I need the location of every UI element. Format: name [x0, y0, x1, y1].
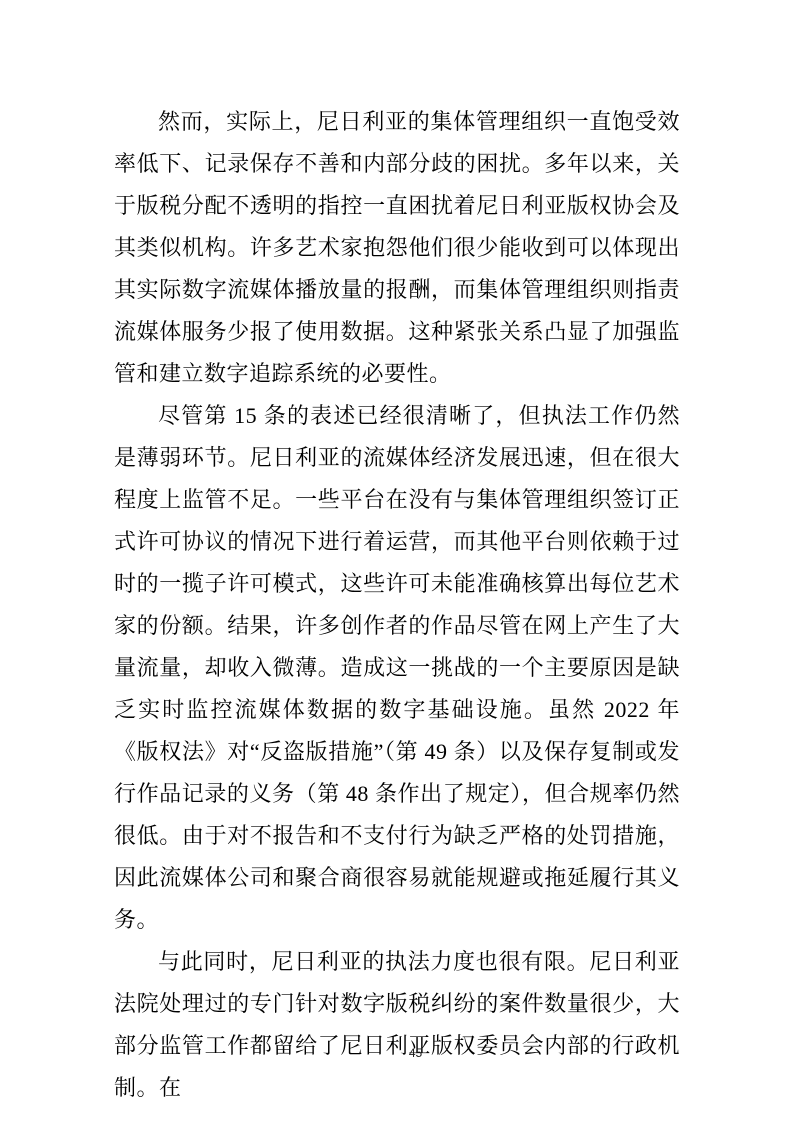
paragraph: 尽管第 15 条的表述已经很清晰了，但执法工作仍然是薄弱环节。尼日利亚的流媒体经… [114, 395, 680, 941]
page-number: 45 [371, 1046, 422, 1060]
paragraph: 与此同时，尼日利亚的执法力度也很有限。尼日利亚法院处理过的专门针对数字版税纠纷的… [114, 941, 680, 1109]
document-page: 然而，实际上，尼日利亚的集体管理组织一直饱受效率低下、记录保存不善和内部分歧的困… [0, 0, 793, 1122]
document-body-text: 然而，实际上，尼日利亚的集体管理组织一直饱受效率低下、记录保存不善和内部分歧的困… [114, 101, 680, 1109]
paragraph: 然而，实际上，尼日利亚的集体管理组织一直饱受效率低下、记录保存不善和内部分歧的困… [114, 101, 680, 395]
page-footer: 45 [0, 1044, 793, 1062]
